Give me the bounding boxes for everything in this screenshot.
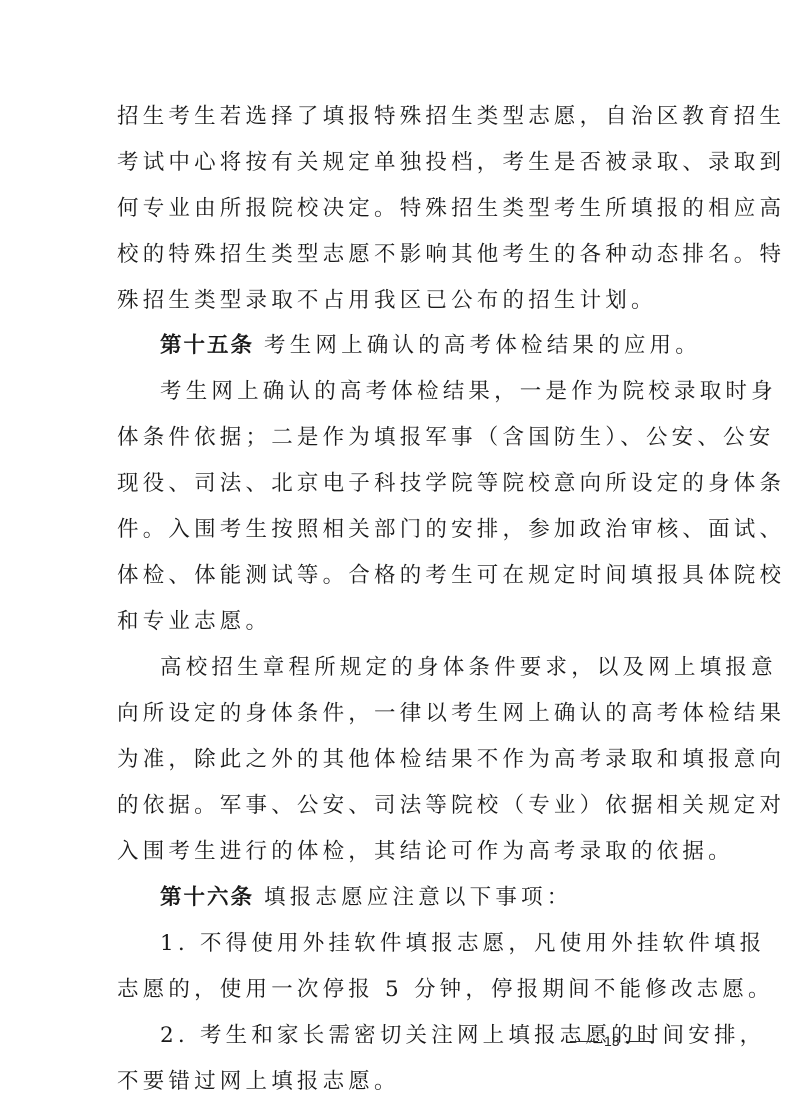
page-number: 13 [570, 1031, 670, 1051]
text-line: 入围考生进行的体检，其结论可作为高考录取的依据。 [117, 832, 669, 872]
article-15-title: 考生网上确认的高考体检结果的应用。 [264, 333, 701, 358]
text-line: 现役、司法、北京电子科技学院等院校意向所设定的身体条 [117, 464, 669, 504]
text-line: 招生考生若选择了填报特殊招生类型志愿，自治区教育招生 [117, 97, 669, 137]
text-line: 件。入围考生按照相关部门的安排，参加政治审核、面试、 [117, 510, 669, 550]
list-item-line: 1. 不得使用外挂软件填报志愿，凡使用外挂软件填报 [160, 924, 669, 964]
article-16-heading-line: 第十六条填报志愿应注意以下事项： [160, 878, 669, 918]
text-line: 体检、体能测试等。合格的考生可在规定时间填报具体院校 [117, 556, 669, 596]
article-16-title: 填报志愿应注意以下事项： [264, 885, 572, 910]
document-page: 招生考生若选择了填报特殊招生类型志愿，自治区教育招生 考试中心将按有关规定单独投… [0, 0, 785, 1111]
text-line: 殊招生类型录取不占用我区已公布的招生计划。 [117, 281, 669, 321]
dash-right [626, 1041, 654, 1042]
page-number-text: 13 [604, 1031, 620, 1051]
text-line: 校的特殊招生类型志愿不影响其他考生的各种动态排名。特 [117, 235, 669, 275]
text-line: 何专业由所报院校决定。特殊招生类型考生所填报的相应高 [117, 189, 669, 229]
article-16-heading: 第十六条 [160, 885, 254, 910]
article-15-heading-line: 第十五条考生网上确认的高考体检结果的应用。 [160, 326, 669, 366]
text-line: 向所设定的身体条件，一律以考生网上确认的高考体检结果 [117, 694, 669, 734]
text-line: 考试中心将按有关规定单独投档，考生是否被录取、录取到 [117, 143, 669, 183]
text-line: 高校招生章程所规定的身体条件要求，以及网上填报意 [160, 648, 669, 688]
list-item-line: 不要错过网上填报志愿。 [117, 1062, 669, 1102]
text-line: 考生网上确认的高考体检结果，一是作为院校录取时身 [160, 372, 669, 412]
article-15-heading: 第十五条 [160, 333, 254, 358]
text-line: 的依据。军事、公安、司法等院校（专业）依据相关规定对 [117, 786, 669, 826]
dash-left [570, 1041, 598, 1042]
text-line: 为准，除此之外的其他体检结果不作为高考录取和填报意向 [117, 740, 669, 780]
text-line: 体条件依据；二是作为填报军事（含国防生）、公安、公安 [117, 418, 669, 458]
list-item-line: 志愿的，使用一次停报 5 分钟，停报期间不能修改志愿。 [117, 970, 669, 1010]
text-line: 和专业志愿。 [117, 602, 669, 642]
